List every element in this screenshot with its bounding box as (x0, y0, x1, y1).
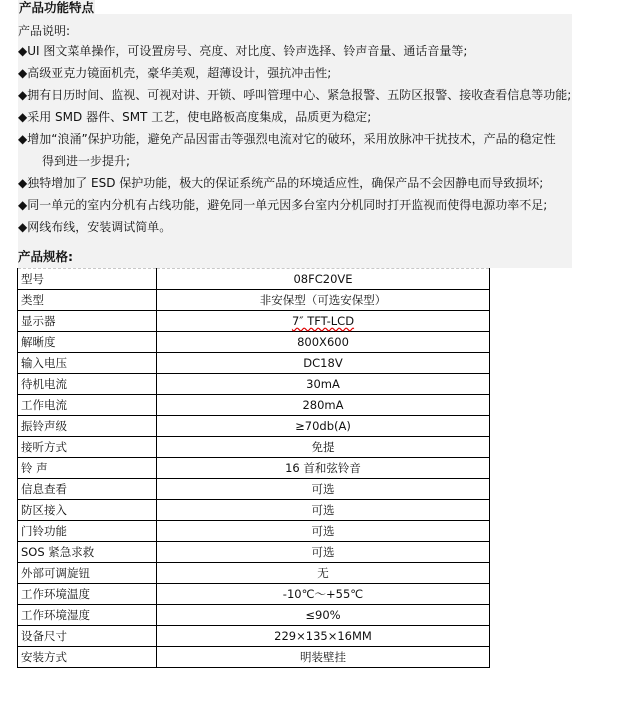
features-intro: 产品说明: (18, 20, 70, 42)
spec-key: 工作环境湿度 (18, 605, 157, 626)
spec-key: 接听方式 (18, 437, 157, 458)
spec-value: 可选 (157, 521, 490, 542)
spec-key: 工作电流 (18, 395, 157, 416)
spec-value: 800X600 (157, 332, 490, 353)
feature-item-continuation: 得到进一步提升; (18, 150, 578, 172)
spec-value: 明装壁挂 (157, 647, 490, 668)
diamond-bullet-icon: ◆ (18, 176, 27, 190)
spec-title: 产品规格: (18, 249, 73, 265)
table-row: 防区接入可选 (18, 500, 490, 521)
feature-item: ◆增加“浪涌”保护功能，避免产品因雷击等强烈电流对它的破环，采用放脉冲干扰技术，… (18, 128, 578, 150)
diamond-bullet-icon: ◆ (18, 44, 27, 58)
spec-value: ≥70db(A) (157, 416, 490, 437)
spec-value: 229×135×16MM (157, 626, 490, 647)
diamond-bullet-icon: ◆ (18, 220, 27, 234)
spec-value: 30mA (157, 374, 490, 395)
table-row: 门铃功能可选 (18, 521, 490, 542)
spec-value: 可选 (157, 479, 490, 500)
spec-value: 16 首和弦铃音 (157, 458, 490, 479)
spellcheck-squiggle-text: 7″ TFT-LCD (292, 314, 354, 328)
spec-value: 08FC20VE (157, 269, 490, 290)
spec-key: 防区接入 (18, 500, 157, 521)
spec-key: 型号 (18, 269, 157, 290)
spec-value: 可选 (157, 542, 490, 563)
diamond-bullet-icon: ◆ (18, 198, 27, 212)
features-title: 产品功能特点 (18, 0, 95, 16)
spec-value: 免提 (157, 437, 490, 458)
table-row: 类型非安保型（可选安保型） (18, 290, 490, 311)
table-row: 接听方式免提 (18, 437, 490, 458)
spec-key: 输入电压 (18, 353, 157, 374)
table-row: 信息查看可选 (18, 479, 490, 500)
spec-key: 门铃功能 (18, 521, 157, 542)
table-row: 振铃声级≥70db(A) (18, 416, 490, 437)
feature-item: ◆独特增加了 ESD 保护功能，极大的保证系统产品的环境适应性，确保产品不会因静… (18, 172, 578, 194)
feature-item: ◆UI 图文菜单操作，可设置房号、亮度、对比度、铃声选择、铃声音量、通话音量等; (18, 40, 578, 62)
spec-key: 设备尺寸 (18, 626, 157, 647)
feature-item: ◆高级亚克力镜面机壳，豪华美观，超薄设计，强抗冲击性; (18, 62, 578, 84)
table-row: 输入电压DC18V (18, 353, 490, 374)
table-row: 型号08FC20VE (18, 269, 490, 290)
spec-key: 工作环境温度 (18, 584, 157, 605)
spec-key: SOS 紧急求救 (18, 542, 157, 563)
table-row: 工作环境湿度≤90% (18, 605, 490, 626)
spec-key: 铃 声 (18, 458, 157, 479)
spec-key: 显示器 (18, 311, 157, 332)
spec-value: ≤90% (157, 605, 490, 626)
feature-item: ◆同一单元的室内分机有占线功能，避免同一单元因多台室内分机同时打开监视而使得电源… (18, 194, 578, 216)
table-row: 待机电流30mA (18, 374, 490, 395)
spec-value: 可选 (157, 500, 490, 521)
feature-item: ◆拥有日历时间、监视、可视对讲、开锁、呼叫管理中心、紧急报警、五防区报警、接收查… (18, 84, 578, 106)
table-row: 工作环境温度-10℃～+55℃ (18, 584, 490, 605)
spec-value: 非安保型（可选安保型） (157, 290, 490, 311)
table-row: SOS 紧急求救可选 (18, 542, 490, 563)
feature-item: ◆网线布线，安装调试简单。 (18, 216, 578, 238)
spec-value: DC18V (157, 353, 490, 374)
spec-key: 安装方式 (18, 647, 157, 668)
table-row: 外部可调旋钮无 (18, 563, 490, 584)
table-row: 安装方式明装壁挂 (18, 647, 490, 668)
spec-key: 待机电流 (18, 374, 157, 395)
diamond-bullet-icon: ◆ (18, 66, 27, 80)
spec-key: 信息查看 (18, 479, 157, 500)
spec-key: 外部可调旋钮 (18, 563, 157, 584)
diamond-bullet-icon: ◆ (18, 88, 27, 102)
spec-value: 280mA (157, 395, 490, 416)
feature-item: ◆采用 SMD 器件、SMT 工艺，使电路板高度集成，品质更为稳定; (18, 106, 578, 128)
spec-value: -10℃～+55℃ (157, 584, 490, 605)
table-row: 设备尺寸229×135×16MM (18, 626, 490, 647)
spec-key: 振铃声级 (18, 416, 157, 437)
table-row: 工作电流280mA (18, 395, 490, 416)
table-row: 解晰度800X600 (18, 332, 490, 353)
table-row: 显示器7″ TFT-LCD (18, 311, 490, 332)
diamond-bullet-icon: ◆ (18, 110, 27, 124)
spec-table: 型号08FC20VE 类型非安保型（可选安保型） 显示器7″ TFT-LCD 解… (17, 268, 490, 668)
feature-list: ◆UI 图文菜单操作，可设置房号、亮度、对比度、铃声选择、铃声音量、通话音量等;… (18, 40, 578, 238)
spec-value: 无 (157, 563, 490, 584)
spec-value: 7″ TFT-LCD (157, 311, 490, 332)
diamond-bullet-icon: ◆ (18, 132, 27, 146)
spec-key: 类型 (18, 290, 157, 311)
table-row: 铃 声16 首和弦铃音 (18, 458, 490, 479)
spec-key: 解晰度 (18, 332, 157, 353)
